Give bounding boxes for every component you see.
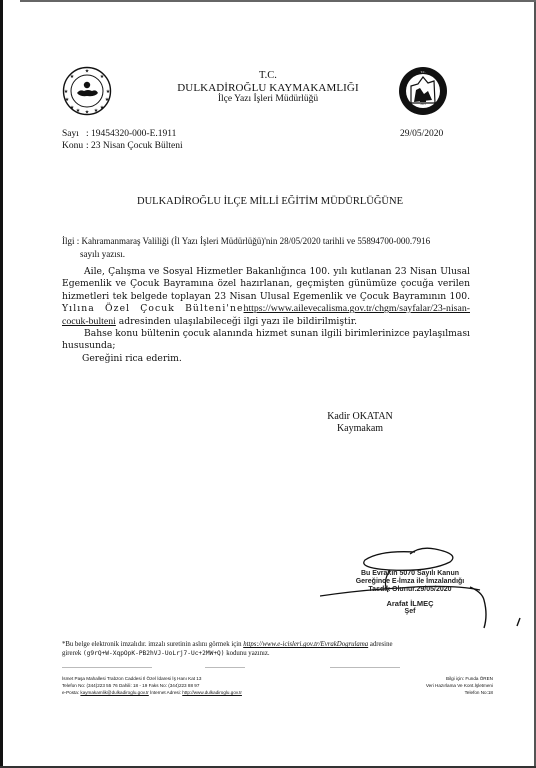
body-paragraph-3: Gereğini rica ederim. bbox=[62, 353, 470, 365]
scan-border-left bbox=[0, 0, 3, 768]
stamp-line-3: Tasdik Olunur.29/05/2020 bbox=[355, 586, 465, 594]
svg-text:★: ★ bbox=[65, 97, 70, 103]
reference-block: İlgi : Kahramanmaraş Valiliği (İl Yazı İ… bbox=[62, 235, 482, 261]
body-paragraph-1: Aile, Çalışma ve Sosyal Hizmetler Bakanl… bbox=[62, 266, 470, 328]
sayi-value: : 19454320-000-E.1911 bbox=[86, 129, 176, 139]
verification-code: (g9rQ+W-XqpOpK-PB2hVJ-UoLrj7-Uc+2MW+Q) bbox=[83, 650, 225, 657]
stamp-title: Şef bbox=[355, 608, 465, 616]
footer-info: Bilgi için: Funda ÖREN Veri Hazırlama Ve… bbox=[380, 675, 493, 697]
svg-text:★: ★ bbox=[85, 110, 90, 116]
svg-text:★: ★ bbox=[85, 69, 90, 75]
addressee: DULKADİROĞLU İLÇE MİLLİ EĞİTİM MÜDÜRLÜĞÜ… bbox=[50, 196, 490, 207]
e-signature-stamp: Bu Evrakın 5070 Sayılı Kanun Gereğince E… bbox=[355, 570, 465, 616]
signer-name: Kadir OKATAN bbox=[300, 411, 420, 423]
info-phone: Telefon No:18 bbox=[380, 689, 493, 696]
signer-title: Kaymakam bbox=[300, 423, 420, 435]
svg-text:★: ★ bbox=[70, 74, 75, 80]
footer-contact: İsmet Paşa Mahallesi Trabzon Caddesi Il … bbox=[62, 675, 322, 697]
verification-note: *Bu belge elektronik imzalıdır. imzalı s… bbox=[62, 640, 482, 658]
header-department: İlçe Yazı İşleri Müdürlüğü bbox=[150, 94, 386, 104]
stamp-name: Arafat İLMEÇ bbox=[355, 600, 465, 608]
document-number: Sayı: 19454320-000-E.1911 bbox=[62, 129, 176, 139]
reference-line1: Kahramanmaraş Valiliği (İl Yazı İşleri M… bbox=[82, 236, 431, 246]
governorship-seal-icon: ★★ ★★ ★★ ★★ ★★ ★★ bbox=[62, 66, 112, 116]
municipality-emblem-icon: T.C. 2013 bbox=[398, 66, 448, 116]
reference-line2: sayılı yazısı. bbox=[62, 248, 482, 261]
svg-text:★: ★ bbox=[70, 105, 75, 111]
svg-text:T.C.: T.C. bbox=[420, 70, 425, 74]
document-subject: Konu: 23 Nisan Çocuk Bülteni bbox=[62, 141, 183, 151]
scan-border-top bbox=[20, 0, 536, 2]
svg-text:★: ★ bbox=[100, 105, 105, 111]
svg-text:★: ★ bbox=[76, 108, 81, 114]
document-date: 29/05/2020 bbox=[400, 129, 443, 139]
svg-text:2013: 2013 bbox=[420, 103, 426, 106]
konu-label: Konu bbox=[62, 141, 86, 151]
konu-value: : 23 Nisan Çocuk Bülteni bbox=[86, 141, 183, 151]
svg-text:★: ★ bbox=[106, 89, 111, 95]
footer-email-link[interactable]: kaymakamlik@dulkadiroglu.gov.tr bbox=[80, 690, 148, 695]
footer-divider bbox=[62, 667, 152, 668]
verification-link[interactable]: https://www.e-icisleri.gov.tr/EvrakDogru… bbox=[243, 641, 368, 648]
footer-phone: Telefon No: (344)223 55 76 Dahili: 18 - … bbox=[62, 682, 322, 689]
letter-body: Aile, Çalışma ve Sosyal Hizmetler Bakanl… bbox=[62, 266, 470, 365]
svg-text:★: ★ bbox=[64, 89, 69, 95]
header-tc: T.C. bbox=[150, 70, 386, 81]
footer-web-link[interactable]: http://www.dulkadiroglu.gov.tr bbox=[182, 690, 242, 695]
footer-divider bbox=[205, 667, 245, 668]
signer-block: Kadir OKATAN Kaymakam bbox=[300, 411, 420, 435]
stamp-line-1: Bu Evrakın 5070 Sayılı Kanun bbox=[355, 570, 465, 578]
svg-text:★: ★ bbox=[105, 97, 110, 103]
header-institution: DULKADİROĞLU KAYMAKAMLIĞI bbox=[150, 82, 386, 94]
info-role: Veri Hazırlama Ve Kont.İşletmeni bbox=[380, 682, 493, 689]
svg-text:★: ★ bbox=[100, 74, 105, 80]
bulletin-title: Yılına Özel Çocuk Bülteni'ne bbox=[62, 303, 244, 314]
reference-label: İlgi : bbox=[62, 236, 79, 246]
info-contact: Bilgi için: Funda ÖREN bbox=[380, 675, 493, 682]
stamp-line-2: Gereğince E-İmza ile İmzalandığı bbox=[355, 578, 465, 586]
body-paragraph-2: Bahse konu bültenin çocuk alanında hizme… bbox=[62, 328, 470, 353]
footer-address: İsmet Paşa Mahallesi Trabzon Caddesi Il … bbox=[62, 675, 322, 682]
footer-divider bbox=[330, 667, 400, 668]
svg-text:★: ★ bbox=[94, 108, 99, 114]
sayi-label: Sayı bbox=[62, 129, 86, 139]
